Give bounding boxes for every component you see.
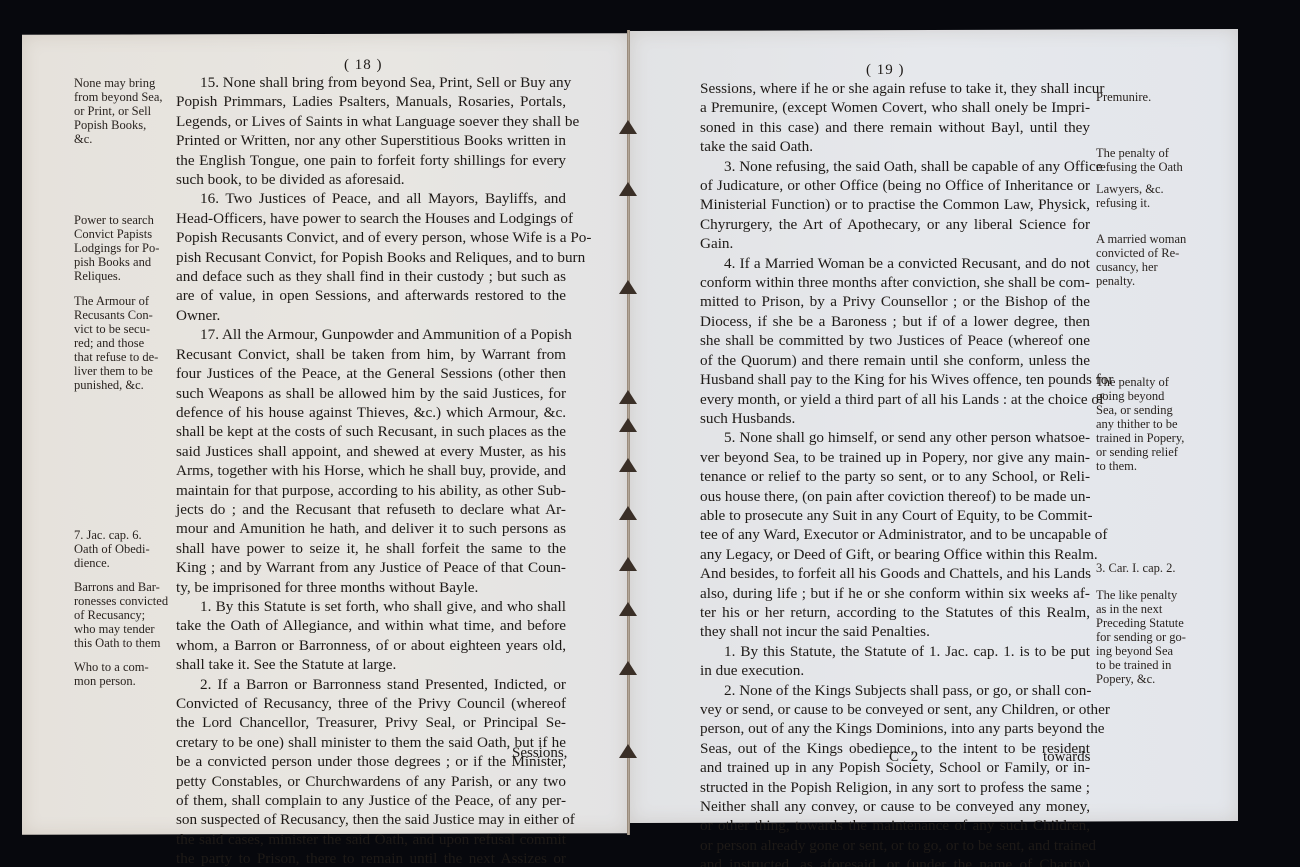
text-line: every month, or yield a third part of al… xyxy=(700,390,1090,409)
text-line: ty, be imprisoned for three months witho… xyxy=(176,578,566,597)
stitch-hole-icon xyxy=(619,602,637,616)
margin-note-line: 7. Jac. cap. 6. xyxy=(74,528,150,542)
margin-note-line: Popery, &c. xyxy=(1096,672,1186,686)
margin-note-line: A married woman xyxy=(1096,232,1186,246)
text-line: ver beyond Sea, to be trained up in Pope… xyxy=(700,448,1090,467)
text-line: Gain. xyxy=(700,234,1090,253)
text-line: shall have power to seize it, he shall f… xyxy=(176,539,566,558)
margin-note-line: liver them to be xyxy=(74,364,158,378)
text-line: maintain for that purpose, according to … xyxy=(176,481,566,500)
text-line: such Husbands. xyxy=(700,409,1090,428)
text-line: said Justices shall appoint, and shewed … xyxy=(176,442,566,461)
text-line: Owner. xyxy=(176,306,566,325)
text-line: the English Tongue, one pain to forfeit … xyxy=(176,151,566,170)
text-line: 5. None shall go himself, or send any ot… xyxy=(700,428,1090,447)
margin-note-line: Oath of Obedi- xyxy=(74,542,150,556)
text-line: of them, shall complain to any Justice o… xyxy=(176,791,566,810)
margin-note-line: Who to a com- xyxy=(74,660,149,674)
page-number-right: ( 19 ) xyxy=(866,62,905,79)
text-line: person, out of any the Kings Dominions, … xyxy=(700,719,1090,738)
margin-note-line: &c. xyxy=(74,132,163,146)
text-line: Recusant Convict, shall be taken from hi… xyxy=(176,345,566,364)
margin-note: Power to searchConvict PapistsLodgings f… xyxy=(74,213,159,283)
text-line: are of value, in open Sessions, and afte… xyxy=(176,286,566,305)
margin-note-line: Reliques. xyxy=(74,269,159,283)
text-line: ous house there, (on pain after covictio… xyxy=(700,487,1090,506)
text-line: 15. None shall bring from beyond Sea, Pr… xyxy=(176,73,566,92)
margin-note-line: that refuse to de- xyxy=(74,350,158,364)
text-line: 1. By this Statute, the Statute of 1. Ja… xyxy=(700,642,1090,661)
text-line: cretary to be one) shall minister to the… xyxy=(176,733,566,752)
book-gutter xyxy=(627,30,630,835)
margin-note: 7. Jac. cap. 6.Oath of Obedi-dience. xyxy=(74,528,150,570)
text-line: Arms, together with his Horse, which he … xyxy=(176,461,566,480)
margin-note: A married womanconvicted of Re-cusancy, … xyxy=(1096,232,1186,288)
text-line: and deface such as they shall find in th… xyxy=(176,267,566,286)
margin-note-line: Barrons and Bar- xyxy=(74,580,168,594)
text-line: Popish Primmars, Ladies Psalters, Manual… xyxy=(176,92,566,111)
text-line: son suspected of Recusancy, then the sai… xyxy=(176,810,566,829)
text-line: jects do ; and the Recusant that refuset… xyxy=(176,500,566,519)
text-line: able to prosecute any Suit in any Court … xyxy=(700,506,1090,525)
page-number-left: ( 18 ) xyxy=(344,57,383,74)
stitch-hole-icon xyxy=(619,458,637,472)
text-line: 2. None of the Kings Subjects shall pass… xyxy=(700,681,1090,700)
margin-note: None may bringfrom beyond Sea,or Print, … xyxy=(74,76,163,146)
margin-note-line: to them. xyxy=(1096,459,1184,473)
margin-note-line: pish Books and xyxy=(74,255,159,269)
margin-note-line: red; and those xyxy=(74,336,158,350)
margin-note-line: to be trained in xyxy=(1096,658,1186,672)
text-line: Head-Officers, have power to search the … xyxy=(176,209,566,228)
margin-note-line: any thither to be xyxy=(1096,417,1184,431)
margin-note-line: Lodgings for Po- xyxy=(74,241,159,255)
margin-note-line: 3. Car. I. cap. 2. xyxy=(1096,561,1176,575)
text-line: the Lord Chancellor, Treasurer, Privy Se… xyxy=(176,713,566,732)
margin-note-line: Sea, or sending xyxy=(1096,403,1184,417)
text-line: Chyrurgery, the Art of Apothecary, or an… xyxy=(700,215,1090,234)
stitch-hole-icon xyxy=(619,661,637,675)
stitch-hole-icon xyxy=(619,280,637,294)
margin-note-line: convicted of Re- xyxy=(1096,246,1186,260)
text-line: soned in this case) and there remain wit… xyxy=(700,118,1090,137)
text-line: Diocess, if she be a Baroness ; but if o… xyxy=(700,312,1090,331)
text-line: Popish Recusants Convict, and of every p… xyxy=(176,228,566,247)
margin-note: Lawyers, &c.refusing it. xyxy=(1096,182,1164,210)
margin-note: The penalty ofrefusing the Oath xyxy=(1096,146,1183,174)
text-line: Neither shall any convey, or cause to be… xyxy=(700,797,1090,816)
text-line: shall take it. See the Statute at large. xyxy=(176,655,566,674)
stitch-hole-icon xyxy=(619,182,637,196)
stitch-hole-icon xyxy=(619,557,637,571)
text-line: take the Oath of Allegiance, and within … xyxy=(176,616,566,635)
stitch-hole-icon xyxy=(619,418,637,432)
catchword-left: Sessions, xyxy=(512,745,567,762)
margin-note: 3. Car. I. cap. 2. xyxy=(1096,561,1176,575)
text-line: pish Recusant Convict, for Popish Books … xyxy=(176,248,566,267)
margin-note-line: Convict Papists xyxy=(74,227,159,241)
margin-note: Barrons and Bar-ronesses convictedof Rec… xyxy=(74,580,168,650)
text-line: or other thing, towards the maintenance … xyxy=(700,816,1090,835)
margin-note: The penalty ofgoing beyondSea, or sendin… xyxy=(1096,375,1184,473)
text-line: ter his or her return, according to the … xyxy=(700,603,1090,622)
text-line: mitted to Prison, by a Privy Counsellor … xyxy=(700,292,1090,311)
margin-note-line: refusing it. xyxy=(1096,196,1164,210)
margin-note-line: mon person. xyxy=(74,674,149,688)
text-line: whom, a Barron or Barronness, of or abou… xyxy=(176,636,566,655)
text-line: 3. None refusing, the said Oath, shall b… xyxy=(700,157,1090,176)
margin-note-line: The Armour of xyxy=(74,294,158,308)
text-line: vey or send, or cause to be conveyed or … xyxy=(700,700,1090,719)
margin-note: Premunire. xyxy=(1096,90,1151,104)
margin-note-line: vict to be secu- xyxy=(74,322,158,336)
text-line: structed in the Popish Religion, in any … xyxy=(700,778,1090,797)
text-line: 17. All the Armour, Gunpowder and Ammuni… xyxy=(176,325,566,344)
text-line: tee of any Ward, Executor or Administrat… xyxy=(700,525,1090,544)
margin-note-line: The like penalty xyxy=(1096,588,1186,602)
margin-note-line: as in the next xyxy=(1096,602,1186,616)
text-line: Sessions, where if he or she again refus… xyxy=(700,79,1090,98)
margin-note-line: Popish Books, xyxy=(74,118,163,132)
margin-note-line: Premunire. xyxy=(1096,90,1151,104)
text-line: also, during life ; but if he or she con… xyxy=(700,584,1090,603)
margin-note-line: punished, &c. xyxy=(74,378,158,392)
margin-note-line: this Oath to them xyxy=(74,636,168,650)
margin-note-line: ing beyond Sea xyxy=(1096,644,1186,658)
text-line: King ; and by Warrant from any Justice o… xyxy=(176,558,566,577)
text-line: petty Constables, or Churchwardens of an… xyxy=(176,772,566,791)
text-line: mour and Amunition he hath, and deliver … xyxy=(176,519,566,538)
text-line: defence of his house against Thieves, &c… xyxy=(176,403,566,422)
text-line: they shall not incur the said Penalties. xyxy=(700,622,1090,641)
margin-note-line: who may tender xyxy=(74,622,168,636)
left-page-body: 15. None shall bring from beyond Sea, Pr… xyxy=(176,73,566,867)
margin-note: The Armour ofRecusants Con-vict to be se… xyxy=(74,294,158,392)
text-line: take the said Oath. xyxy=(700,137,1090,156)
text-line: she shall be committed by two Justices o… xyxy=(700,331,1090,350)
margin-note-line: None may bring xyxy=(74,76,163,90)
stitch-hole-icon xyxy=(619,744,637,758)
margin-note-line: going beyond xyxy=(1096,389,1184,403)
text-line: any Legacy, or Deed of Gift, or bearing … xyxy=(700,545,1090,564)
text-line: 4. If a Married Woman be a convicted Rec… xyxy=(700,254,1090,273)
text-line: of the Quorum) and there remain until sh… xyxy=(700,351,1090,370)
text-line: be a convicted person under those degree… xyxy=(176,752,566,771)
text-line: or person already gone or sent, or to go… xyxy=(700,836,1090,855)
text-line: Convicted of Recusancy, three of the Pri… xyxy=(176,694,566,713)
margin-note-line: for sending or go- xyxy=(1096,630,1186,644)
text-line: such book, to be divided as aforesaid. xyxy=(176,170,566,189)
margin-note-line: Recusants Con- xyxy=(74,308,158,322)
margin-note-line: dience. xyxy=(74,556,150,570)
margin-note-line: Preceding Statute xyxy=(1096,616,1186,630)
text-line: four Justices of the Peace, at the Gener… xyxy=(176,364,566,383)
text-line: shall be kept at the costs of such Recus… xyxy=(176,422,566,441)
margin-note-line: Lawyers, &c. xyxy=(1096,182,1164,196)
margin-note-line: of Recusancy; xyxy=(74,608,168,622)
catchword-right: towards xyxy=(1043,749,1091,766)
margin-note-line: cusancy, her xyxy=(1096,260,1186,274)
margin-note-line: refusing the Oath xyxy=(1096,160,1183,174)
text-line: And besides, to forfeit all his Goods an… xyxy=(700,564,1090,583)
margin-note-line: Power to search xyxy=(74,213,159,227)
text-line: the party to Prison, there to remain unt… xyxy=(176,849,566,867)
margin-note-line: or sending relief xyxy=(1096,445,1184,459)
margin-note: The like penaltyas in the nextPreceding … xyxy=(1096,588,1186,686)
margin-note: Who to a com-mon person. xyxy=(74,660,149,688)
text-line: 2. If a Barron or Barronness stand Prese… xyxy=(176,675,566,694)
stitch-hole-icon xyxy=(619,506,637,520)
text-line: 1. By this Statute is set forth, who sha… xyxy=(176,597,566,616)
margin-note-line: trained in Popery, xyxy=(1096,431,1184,445)
margin-note-line: ronesses convicted xyxy=(74,594,168,608)
margin-note-line: or Print, or Sell xyxy=(74,104,163,118)
text-line: Legends, or Lives of Saints in what Lang… xyxy=(176,112,566,131)
text-line: and instructed, as aforesaid, or (under … xyxy=(700,855,1090,867)
margin-note-line: from beyond Sea, xyxy=(74,90,163,104)
stitch-hole-icon xyxy=(619,120,637,134)
text-line: in due execution. xyxy=(700,661,1090,680)
text-line: of Judicature, or other Office (being no… xyxy=(700,176,1090,195)
text-line: a Premunire, (except Women Covert, who s… xyxy=(700,98,1090,117)
text-line: 16. Two Justices of Peace, and all Mayor… xyxy=(176,189,566,208)
text-line: such Weapons as shall be allowed him by … xyxy=(176,384,566,403)
text-line: Ministerial Function) or to practise the… xyxy=(700,195,1090,214)
text-line: conform within three months after convic… xyxy=(700,273,1090,292)
text-line: tenance or relief to the party so sent, … xyxy=(700,467,1090,486)
text-line: Husband shall pay to the King for his Wi… xyxy=(700,370,1090,389)
margin-note-line: penalty. xyxy=(1096,274,1186,288)
text-line: the said cases, minister the said Oath, … xyxy=(176,830,566,849)
margin-note-line: The penalty of xyxy=(1096,146,1183,160)
signature-mark: C 2 xyxy=(889,749,922,766)
stitch-hole-icon xyxy=(619,390,637,404)
text-line: Printed or Written, nor any other Supers… xyxy=(176,131,566,150)
